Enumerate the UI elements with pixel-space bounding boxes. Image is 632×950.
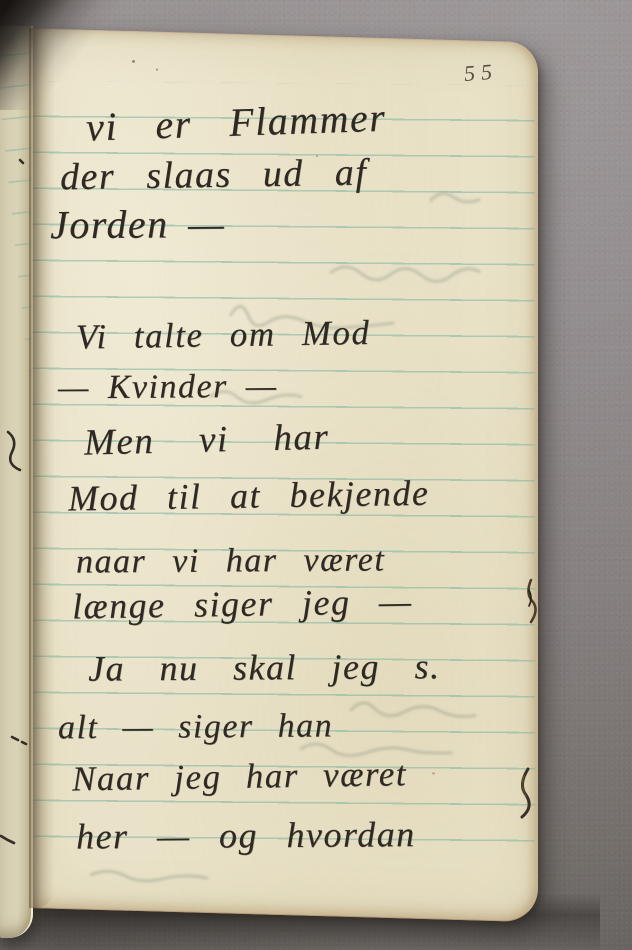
binding-fiber (519, 576, 541, 626)
page-number: 55 (463, 59, 499, 88)
gutter-shadow (29, 28, 55, 908)
handwriting-line: Mod til at bekjende (67, 472, 429, 520)
handwriting-line: Men vi har (83, 416, 330, 465)
handwriting-line: der slaas ud af (59, 151, 367, 200)
paper-speck (132, 60, 135, 63)
handwriting-line: Vi talte om Mod (75, 313, 370, 358)
handwriting-layer: 55 vi er Flammer der slaas ud af Jorden … (28, 29, 537, 912)
handwriting-line: Ja nu skal jeg s. (88, 645, 441, 689)
paper-speck (156, 69, 158, 71)
handwriting-line: Naar jeg har været (71, 754, 407, 799)
handwriting-line: naar vi har været (76, 541, 386, 581)
handwriting-line: vi er Flammer (85, 94, 387, 151)
handwriting-line: længe siger jeg — (71, 580, 412, 627)
binding-fiber (510, 766, 536, 820)
paper-speck (432, 772, 435, 774)
handwriting-line: Jorden — (50, 200, 226, 248)
notebook-page: 55 vi er Flammer der slaas ud af Jorden … (27, 28, 538, 922)
handwriting-line: her — og hvordan (76, 813, 416, 857)
handwriting-line: alt — siger han (58, 707, 334, 747)
paper-speck (316, 155, 318, 157)
notebook-photograph: 55 vi er Flammer der slaas ud af Jorden … (0, 0, 632, 950)
handwriting-line: — Kvinder — (58, 368, 278, 408)
binding-fiber (528, 580, 535, 622)
spine-corner-shadow (0, 0, 120, 110)
